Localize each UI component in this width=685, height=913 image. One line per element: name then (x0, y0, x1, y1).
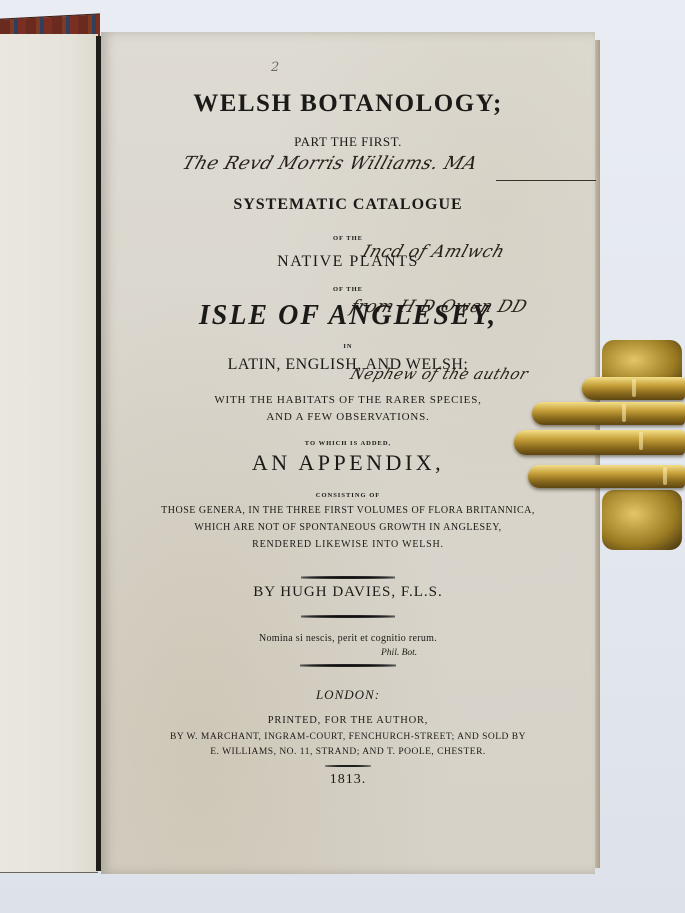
clip-plate-bottom (602, 490, 682, 550)
of-the-2: OF THE (101, 286, 595, 293)
ornamental-rule (300, 664, 396, 667)
imprint-printer: BY W. MARCHANT, INGRAM-COURT, FENCHURCH-… (101, 732, 595, 742)
clip-finger (514, 430, 685, 455)
pencil-page-number: 2 (271, 60, 280, 75)
clip-finger (532, 402, 685, 425)
clip-finger (528, 465, 685, 488)
ornamental-rule (325, 765, 371, 767)
imprint-printed: PRINTED, FOR THE AUTHOR, (101, 715, 595, 726)
motto-source: Phil. Bot. (381, 648, 417, 658)
imprint-year: 1813. (101, 772, 595, 788)
author-line: BY HUGH DAVIES, F.L.S. (101, 584, 595, 601)
gutter-shadow (96, 36, 101, 871)
inscription-underline (496, 180, 596, 181)
subtitle-catalogue: SYSTEMATIC CATALOGUE (101, 196, 595, 214)
left-blank-page (0, 34, 98, 873)
subtitle-isle: ISLE OF ANGLESEY, (101, 300, 595, 332)
imprint-sellers: E. WILLIAMS, NO. 11, STRAND; AND T. POOL… (101, 747, 595, 757)
brass-hand-clip-icon (512, 340, 685, 552)
inscription-line-1: The Revd Morris Williams. MA (180, 153, 481, 174)
subtitle-native-plants: NATIVE PLANTS (101, 253, 595, 271)
ornamental-rule (301, 576, 395, 579)
clip-finger (582, 377, 685, 400)
imprint-place: LONDON: (101, 687, 595, 703)
of-the-1: OF THE (101, 235, 595, 242)
ornamental-rule (301, 615, 395, 618)
part-label: PART THE FIRST. (101, 134, 595, 150)
motto: Nomina si nescis, perit et cognitio reru… (101, 633, 595, 644)
book-title: WELSH BOTANOLOGY; (101, 90, 595, 118)
